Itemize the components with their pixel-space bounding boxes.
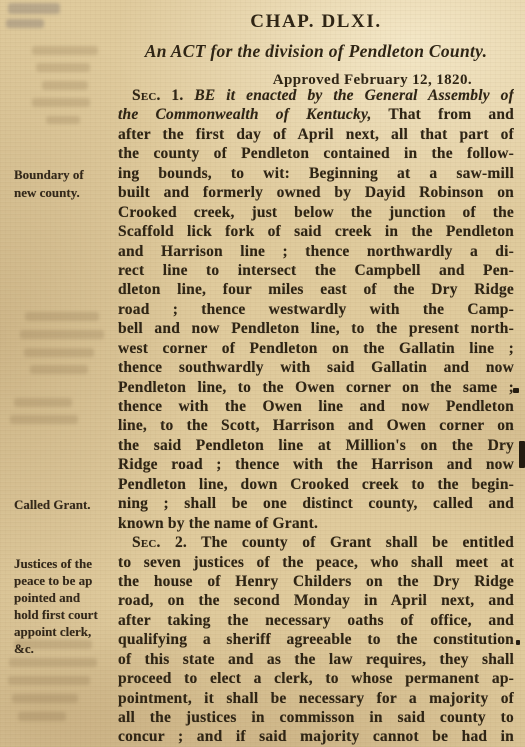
ink-speck bbox=[519, 441, 525, 468]
margin-note-line: hold first court bbox=[14, 606, 116, 623]
body-line: west corner of Pendleton on the Gallatin… bbox=[118, 339, 514, 358]
body-line: Ridge road ; thence with the Harrison an… bbox=[118, 455, 514, 474]
bleed-through-smudge bbox=[30, 365, 88, 374]
margin-note-line: pointed and bbox=[14, 589, 116, 606]
bleed-through-smudge bbox=[8, 3, 60, 14]
body-line: the county of Pendleton contained in the… bbox=[118, 144, 514, 163]
margin-note-justices: Justices of the peace to be ap pointed a… bbox=[14, 555, 116, 657]
enacting-clause: the Commonwealth of Kentucky, bbox=[118, 106, 372, 123]
body-line: Sec. 2. The county of Grant shall be ent… bbox=[118, 533, 514, 552]
body-line: rect line to intersect the Campbell and … bbox=[118, 261, 514, 280]
bleed-through-smudge bbox=[24, 348, 94, 357]
section-2-label: Sec. 2. bbox=[132, 534, 187, 551]
body-line: Pendleton line, down Crooked creek to th… bbox=[118, 475, 514, 494]
body-line: line, to the Scott, Harrison and Owen co… bbox=[118, 416, 514, 435]
body-text: That from and bbox=[372, 106, 514, 123]
statute-body: Sec. 1. BE it enacted by the General Ass… bbox=[118, 86, 514, 747]
body-line: Sec. 1. BE it enacted by the General Ass… bbox=[118, 86, 514, 105]
margin-note-line: Justices of the bbox=[14, 555, 116, 572]
margin-note-called-grant: Called Grant. bbox=[14, 496, 116, 514]
body-line: Pendleton line, to the Owen corner on th… bbox=[118, 378, 514, 397]
body-line: Scaffold lick fork of said creek in the … bbox=[118, 222, 514, 241]
body-line: the said Pendleton line at Million's on … bbox=[118, 436, 514, 455]
margin-note-boundary: Boundary of new county. bbox=[14, 166, 116, 202]
bleed-through-smudge bbox=[46, 116, 80, 124]
body-line: after taking the necessary oaths of offi… bbox=[118, 611, 514, 630]
body-line: and Harrison line ; thence northwardly a… bbox=[118, 242, 514, 261]
body-line: qualifying a sheriff agreeable to the co… bbox=[118, 630, 514, 649]
bleed-through-smudge bbox=[25, 312, 99, 321]
ink-speck bbox=[516, 640, 520, 645]
body-line: pointment, it shall be necessary for a m… bbox=[118, 689, 514, 708]
enacting-clause: BE it enacted by the General Assembly of bbox=[194, 87, 514, 104]
margin-note-line: peace to be ap bbox=[14, 572, 116, 589]
bleed-through-smudge bbox=[12, 694, 78, 703]
bleed-through-smudge bbox=[8, 676, 90, 685]
body-line: thence southwardly with said Gallatin an… bbox=[118, 358, 514, 377]
bleed-through-smudge bbox=[42, 81, 88, 90]
act-title: An ACT for the division of Pendleton Cou… bbox=[118, 41, 514, 62]
body-text: The county of Grant shall be entitled bbox=[187, 534, 514, 551]
bleed-through-smudge bbox=[9, 658, 97, 667]
body-line: Crooked creek, just below the junction o… bbox=[118, 203, 514, 222]
bleed-through-smudge bbox=[10, 415, 78, 424]
chapter-heading: CHAP. DLXI. bbox=[118, 11, 514, 33]
bleed-through-smudge bbox=[36, 63, 90, 72]
body-line: of this state and as the law requires, t… bbox=[118, 650, 514, 669]
body-line: built and formerly owned by Dayid Robins… bbox=[118, 183, 514, 202]
bleed-through-smudge bbox=[32, 46, 98, 55]
body-line: bell and now Pendleton line, to the pres… bbox=[118, 319, 514, 338]
bleed-through-smudge bbox=[20, 330, 104, 339]
scanned-statute-page: CHAP. DLXI. An ACT for the division of P… bbox=[0, 0, 525, 747]
body-line: proceed to elect a clerk, to whose perma… bbox=[118, 669, 514, 688]
body-line: the Commonwealth of Kentucky, That from … bbox=[118, 105, 514, 124]
bleed-through-smudge bbox=[18, 712, 66, 721]
body-line: dleton line, four miles east of the Dry … bbox=[118, 280, 514, 299]
bleed-through-smudge bbox=[32, 98, 90, 107]
body-line: road, on the second Monday in April next… bbox=[118, 591, 514, 610]
body-line: known by the name of Grant. bbox=[118, 514, 514, 533]
body-line: after the first day of April next, all t… bbox=[118, 125, 514, 144]
body-line: concur ; and if said majority cannot be … bbox=[118, 727, 514, 746]
page-header: CHAP. DLXI. An ACT for the division of P… bbox=[118, 6, 514, 89]
body-line: ning ; shall be one distinct county, cal… bbox=[118, 494, 514, 513]
bleed-through-smudge bbox=[6, 19, 44, 28]
body-line: the house of Henry Childers on the Dry R… bbox=[118, 572, 514, 591]
section-1-label: Sec. 1. bbox=[132, 87, 183, 104]
margin-note-line: Called Grant. bbox=[14, 496, 116, 514]
body-line: ing bounds, to wit: Beginning at a saw-m… bbox=[118, 164, 514, 183]
margin-note-line: appoint clerk, bbox=[14, 623, 116, 640]
margin-note-line: Boundary of bbox=[14, 166, 116, 184]
body-line: thence with the Owen line and now Pendle… bbox=[118, 397, 514, 416]
bleed-through-smudge bbox=[14, 398, 72, 407]
body-line: all the justices in commisson in said co… bbox=[118, 708, 514, 727]
margin-note-line: &c. bbox=[14, 640, 116, 657]
margin-note-line: new county. bbox=[14, 184, 116, 202]
body-line: to seven justices of the peace, who shal… bbox=[118, 553, 514, 572]
body-line: road ; thence westwardly with the Camp- bbox=[118, 300, 514, 319]
